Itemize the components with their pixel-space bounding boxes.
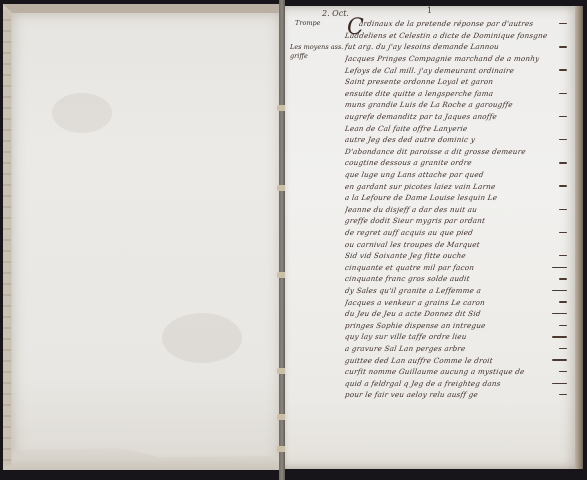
manuscript-line: pringes Sophie dispense an intregue [345, 319, 567, 331]
manuscript-line: Laddeliens et Celestin a dicte de Domini… [345, 30, 567, 42]
line-filler-stroke [559, 69, 567, 70]
manuscript-line-text: en gardant sur picotes laiez vain Larne [344, 182, 496, 191]
manuscript-line-text: cougtine dessous a granite ordre [344, 158, 472, 167]
margin-note: griffe [290, 53, 308, 60]
manuscript-line-text: que luge ung Lans attache par qued [344, 170, 484, 179]
manuscript-line-text: Laddeliens et Celestin a dicte de Domini… [344, 31, 548, 40]
manuscript-line-text: ardinaux de la pretende réponse par d'au… [344, 19, 534, 28]
manuscript-line: Lefoys de Cal mill. j'ay demeurant ordin… [345, 64, 567, 76]
manuscript-line: Jeanne du disjeff a dar des nuit au [345, 204, 567, 216]
line-filler-stroke [559, 23, 567, 24]
line-filler-stroke [552, 267, 567, 268]
manuscript-line: Saint presente ordonne Loyal et garon [345, 76, 567, 88]
manuscript-line: dy Sales qu'il granite a Leffemme a [345, 285, 567, 297]
line-filler-stroke [559, 93, 567, 94]
manuscript-line: cinquante franc gros solde audit [345, 273, 567, 285]
manuscript-line-text: Jeanne du disjeff a dar des nuit au [344, 205, 477, 214]
paper-stain [52, 93, 112, 133]
line-filler-stroke [559, 348, 567, 349]
manuscript-line: cougtine dessous a granite ordre [345, 157, 567, 169]
manuscript-line: que luge ung Lans attache par qued [345, 169, 567, 181]
manuscript-line: de regret auff acquis au que pied [345, 227, 567, 239]
manuscript-line-text: cinquante franc gros solde audit [344, 274, 470, 283]
manuscript-line: curfit nomme Guillaume aucung a mystique… [345, 366, 567, 378]
manuscript-line-text: muns grandie Luis de La Roche a garougff… [344, 100, 513, 109]
manuscript-line: en gardant sur picotes laiez vain Larne [345, 180, 567, 192]
manuscript-line-text: a la Lefoure de Dame Louise lesquin Le [344, 193, 497, 202]
manuscript-line-text: Jacques a venkeur a grains Le caron [344, 298, 485, 307]
line-filler-stroke [559, 278, 567, 279]
manuscript-line: greffe dodit Sieur mygris par ordant [345, 215, 567, 227]
manuscript-line: Lean de Cal faite offre Lanyerie [345, 122, 567, 134]
manuscript-line-text: cinquante et quatre mil par facon [344, 263, 474, 272]
manuscript-line: D'abondance dit paroisse a dit grosse de… [345, 146, 567, 158]
manuscript-line-text: quid a feldrgal q Jeg de a freighteg dan… [344, 379, 501, 388]
line-filler-stroke [559, 139, 567, 140]
manuscript-line: fut arg. du j'ay lesoins demande Lannou [345, 41, 567, 53]
manuscript-line: ou carnival les troupes de Marquet [345, 238, 567, 250]
manuscript-line-text: dy Sales qu'il granite a Leffemme a [344, 286, 481, 295]
margin-note: Les moyens ass. [290, 44, 343, 51]
manuscript-line-text: quy lay sur ville taffe ordre lieu [344, 332, 467, 341]
manuscript-line-text: ou carnival les troupes de Marquet [344, 240, 480, 249]
line-filler-stroke [552, 336, 567, 337]
manuscript-line: augrefe demanditz par ta Jaques anoffe [345, 111, 567, 123]
manuscript-line-text: du Jeu de Jeu a acte Donnez dit Sid [344, 309, 481, 318]
manuscript-line-text: fut arg. du j'ay lesoins demande Lannou [344, 42, 499, 51]
page-edge [575, 6, 583, 469]
manuscript-line: ardinaux de la pretende réponse par d'au… [345, 18, 567, 30]
manuscript-line: muns grandie Luis de La Roche a garougff… [345, 99, 567, 111]
manuscript-line: autre Jeg des ded autre dominic y [345, 134, 567, 146]
manuscript-line-text: augrefe demanditz par ta Jaques anoffe [344, 112, 497, 121]
line-filler-stroke [559, 162, 567, 163]
manuscript-line: quy lay sur ville taffe ordre lieu [345, 331, 567, 343]
left-page-blank [3, 4, 281, 470]
manuscript-line-text: ensuite dite quitte a lengsperche fama [344, 89, 494, 98]
line-filler-stroke [552, 290, 567, 291]
manuscript-line-text: Jacques Pringes Compagnie marchand de a … [344, 54, 540, 63]
line-filler-stroke [552, 313, 567, 314]
line-filler-stroke [559, 209, 567, 210]
line-filler-stroke [559, 232, 567, 233]
manuscript-line-text: greffe dodit Sieur mygris par ordant [344, 216, 485, 225]
manuscript-line: a la Lefoure de Dame Louise lesquin Le [345, 192, 567, 204]
manuscript-line: guittee ded Lan auffre Comme le droit [345, 354, 567, 366]
line-filler-stroke [559, 371, 567, 372]
manuscript-line-text: curfit nomme Guillaume aucung a mystique… [344, 367, 525, 376]
manuscript-line-text: D'abondance dit paroisse a dit grosse de… [344, 147, 526, 156]
manuscript-line-text: Lean de Cal faite offre Lanyerie [344, 124, 468, 133]
manuscript-text: ardinaux de la pretende réponse par d'au… [345, 18, 567, 401]
manuscript-line-text: pringes Sophie dispense an intregue [344, 321, 486, 330]
margin-note: Trompe [295, 20, 321, 27]
manuscript-line: Jacques Pringes Compagnie marchand de a … [345, 53, 567, 65]
paper-stain [162, 313, 242, 363]
manuscript-line-text: Saint presente ordonne Loyal et garon [344, 77, 493, 86]
line-filler-stroke [559, 46, 567, 47]
manuscript-line: quid a feldrgal q Jeg de a freighteg dan… [345, 377, 567, 389]
manuscript-line: Jacques a venkeur a grains Le caron [345, 296, 567, 308]
manuscript-line-text: Sid vid Soixante Jeg fitte ouche [344, 251, 466, 260]
line-filler-stroke [559, 301, 567, 302]
manuscript-line-text: pour le fair veu aeloy relu ausff ge [344, 390, 478, 399]
manuscript-line: ensuite dite quitte a lengsperche fama [345, 88, 567, 100]
line-filler-stroke [552, 383, 567, 384]
manuscript-line: Sid vid Soixante Jeg fitte ouche [345, 250, 567, 262]
manuscript-line: cinquante et quatre mil par facon [345, 261, 567, 273]
manuscript-line: du Jeu de Jeu a acte Donnez dit Sid [345, 308, 567, 320]
line-filler-stroke [559, 185, 567, 186]
manuscript-line: pour le fair veu aeloy relu ausff ge [345, 389, 567, 401]
line-filler-stroke [552, 359, 567, 360]
bottom-fold [12, 442, 281, 470]
manuscript-line-text: Lefoys de Cal mill. j'ay demeurant ordin… [344, 66, 514, 75]
manuscript-line-text: a gravure Sal Lan perges arbre [344, 344, 466, 353]
folio-mark: 2. Oct. [322, 9, 349, 18]
line-filler-stroke [559, 325, 567, 326]
manuscript-line: a gravure Sal Lan perges arbre [345, 343, 567, 355]
page-edge-strip [3, 10, 11, 465]
manuscript-line-text: guittee ded Lan auffre Comme le droit [344, 356, 493, 365]
line-filler-stroke [559, 116, 567, 117]
manuscript-line-text: de regret auff acquis au que pied [344, 228, 473, 237]
line-filler-stroke [559, 394, 567, 395]
manuscript-line-text: autre Jeg des ded autre dominic y [344, 135, 475, 144]
page-number: 1 [427, 6, 432, 15]
line-filler-stroke [559, 255, 567, 256]
